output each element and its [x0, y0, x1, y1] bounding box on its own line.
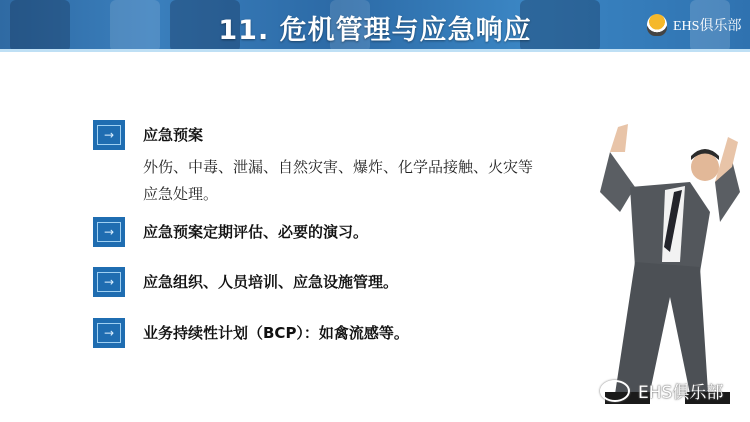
item-label: 应急预案 [143, 124, 203, 145]
item-label: 应急组织、人员培训、应急设施管理。 [143, 271, 398, 292]
arrow-right-icon: → [93, 217, 125, 247]
watermark-text: EHS俱乐部 [638, 378, 723, 403]
item-description: 外伤、中毒、泄漏、自然灾害、爆炸、化学品接触、火灾等应急处理。 [143, 154, 543, 208]
mascot-icon [647, 14, 667, 36]
businessman-image [590, 112, 750, 412]
header-underline [0, 49, 750, 52]
item-label: 应急预案定期评估、必要的演习。 [143, 221, 368, 242]
logo-text: EHS俱乐部 [673, 15, 741, 35]
wechat-icon [600, 380, 630, 402]
header-banner: 11. 危机管理与应急响应 EHS俱乐部 [0, 0, 750, 52]
arrow-right-icon: → [93, 120, 125, 150]
watermark: EHS俱乐部 [600, 378, 723, 403]
arrow-right-icon: → [93, 267, 125, 297]
arrow-right-icon: → [93, 318, 125, 348]
page-title: 11. 危机管理与应急响应 [0, 8, 750, 47]
item-label: 业务持续性计划（BCP）：如禽流感等。 [143, 322, 409, 343]
logo: EHS俱乐部 [647, 14, 741, 36]
